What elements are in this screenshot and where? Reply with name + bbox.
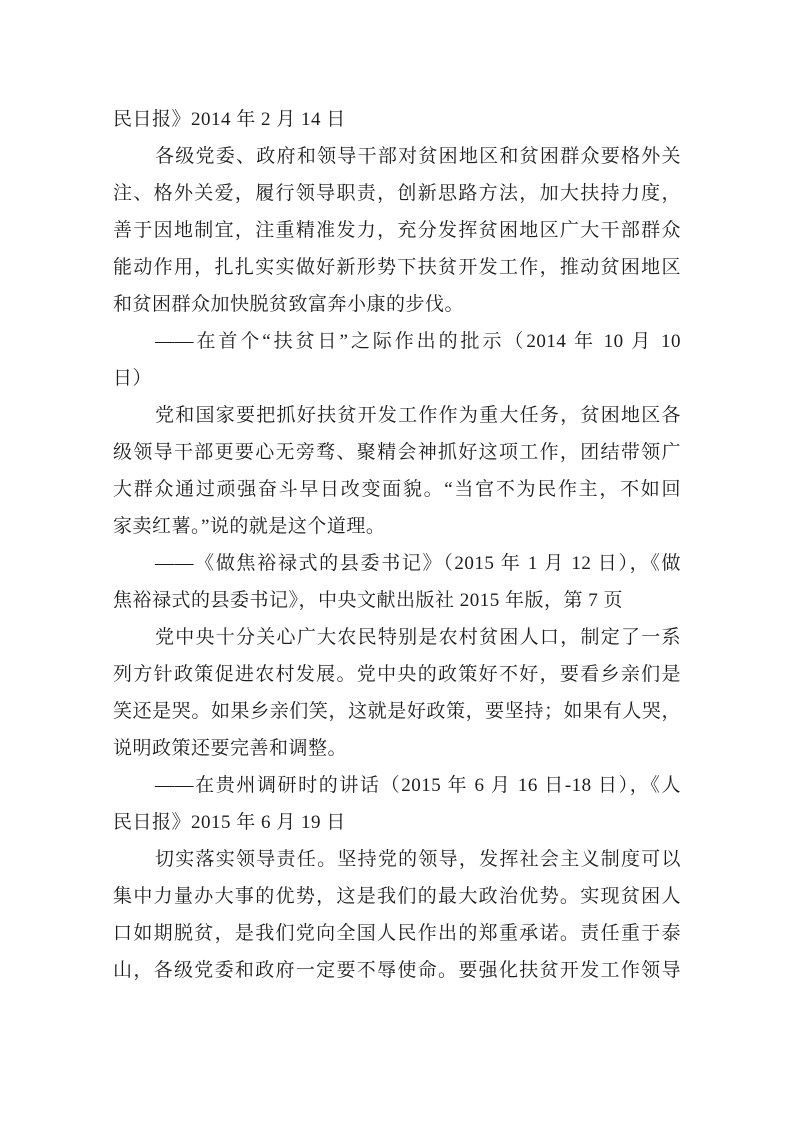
text-line: 级领导干部更要心无旁骛、聚精会神抓好这项工作，团结带领广 — [113, 434, 681, 471]
text-line: 民日报》2015 年 6 月 19 日 — [113, 804, 681, 841]
text-line: 注、格外关爱，履行领导职责，创新思路方法，加大扶持力度， — [113, 175, 681, 212]
text-line: 说明政策还要完善和调整。 — [113, 730, 681, 767]
document-page: 民日报》2014 年 2 月 14 日各级党委、政府和领导干部对贫困地区和贫困群… — [0, 0, 793, 1122]
text-line: 焦裕禄式的县委书记》，中央文献出版社 2015 年版，第 7 页 — [113, 582, 681, 619]
text-line: 日） — [113, 360, 681, 397]
text-line: 山，各级党委和政府一定要不辱使命。要强化扶贫开发工作领导 — [113, 952, 681, 989]
text-line: 列方针政策促进农村发展。党中央的政策好不好，要看乡亲们是 — [113, 656, 681, 693]
text-line: 善于因地制宜，注重精准发力，充分发挥贫困地区广大干部群众 — [113, 212, 681, 249]
text-line: 集中力量办大事的优势，这是我们的最大政治优势。实现贫困人 — [113, 878, 681, 915]
document-text-block: 民日报》2014 年 2 月 14 日各级党委、政府和领导干部对贫困地区和贫困群… — [113, 101, 681, 989]
text-line: ——《做焦裕禄式的县委书记》（2015 年 1 月 12 日），《做 — [113, 545, 681, 582]
text-line: 党中央十分关心广大农民特别是农村贫困人口，制定了一系 — [113, 619, 681, 656]
text-line: 切实落实领导责任。坚持党的领导，发挥社会主义制度可以 — [113, 841, 681, 878]
text-line: 笑还是哭。如果乡亲们笑，这就是好政策，要坚持；如果有人哭， — [113, 693, 681, 730]
text-line: 口如期脱贫，是我们党向全国人民作出的郑重承诺。责任重于泰 — [113, 915, 681, 952]
text-line: 家卖红薯。”说的就是这个道理。 — [113, 508, 681, 545]
text-line: 和贫困群众加快脱贫致富奔小康的步伐。 — [113, 286, 681, 323]
text-line: 能动作用，扎扎实实做好新形势下扶贫开发工作，推动贫困地区 — [113, 249, 681, 286]
text-line: 民日报》2014 年 2 月 14 日 — [113, 101, 681, 138]
text-line: 党和国家要把抓好扶贫开发工作作为重大任务，贫困地区各 — [113, 397, 681, 434]
text-line: ——在贵州调研时的讲话（2015 年 6 月 16 日-18 日），《人 — [113, 767, 681, 804]
text-line: ——在首个“扶贫日”之际作出的批示（2014 年 10 月 10 — [113, 323, 681, 360]
text-line: 各级党委、政府和领导干部对贫困地区和贫困群众要格外关 — [113, 138, 681, 175]
text-line: 大群众通过顽强奋斗早日改变面貌。“当官不为民作主，不如回 — [113, 471, 681, 508]
